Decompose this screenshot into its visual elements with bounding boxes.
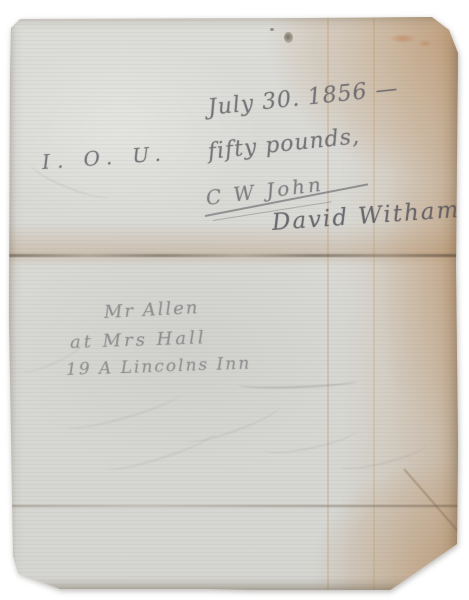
handwritten-note-line-3: 19 A Lincolns Inn [66,354,252,380]
diagonal-corner-crease [403,468,461,534]
reddish-stain-2 [418,40,432,47]
handwritten-date-line: July 30. 1856 — [207,76,400,121]
handwritten-amount-text: fifty pounds, [207,124,361,165]
paper-sheet: July 30. 1856 — I. O. U. fifty pounds, C… [8,16,458,590]
small-dot-blemish [270,28,274,31]
horizontal-fold-crease-main [8,254,458,257]
handwritten-note-line-2: at Mrs Hall [70,327,207,353]
pencil-flourish-tail [238,376,358,390]
handwritten-iou-text: I. O. U. [41,141,168,174]
faint-pencil-scribble [337,435,429,474]
handwritten-note-line-1: Mr Allen [103,297,199,323]
faint-pencil-scribble [103,424,218,477]
paper-shadow-wrapper: July 30. 1856 — I. O. U. fifty pounds, C… [8,16,458,590]
dark-blemish-spot [284,32,293,43]
faint-pencil-scribble [262,421,359,458]
horizontal-fold-crease-lower [8,505,458,507]
scanned-document: July 30. 1856 — I. O. U. fifty pounds, C… [0,0,469,600]
handwritten-signature: David Witham [271,197,461,236]
faint-pencil-scribble [63,385,183,435]
reddish-stain-1 [390,34,416,43]
